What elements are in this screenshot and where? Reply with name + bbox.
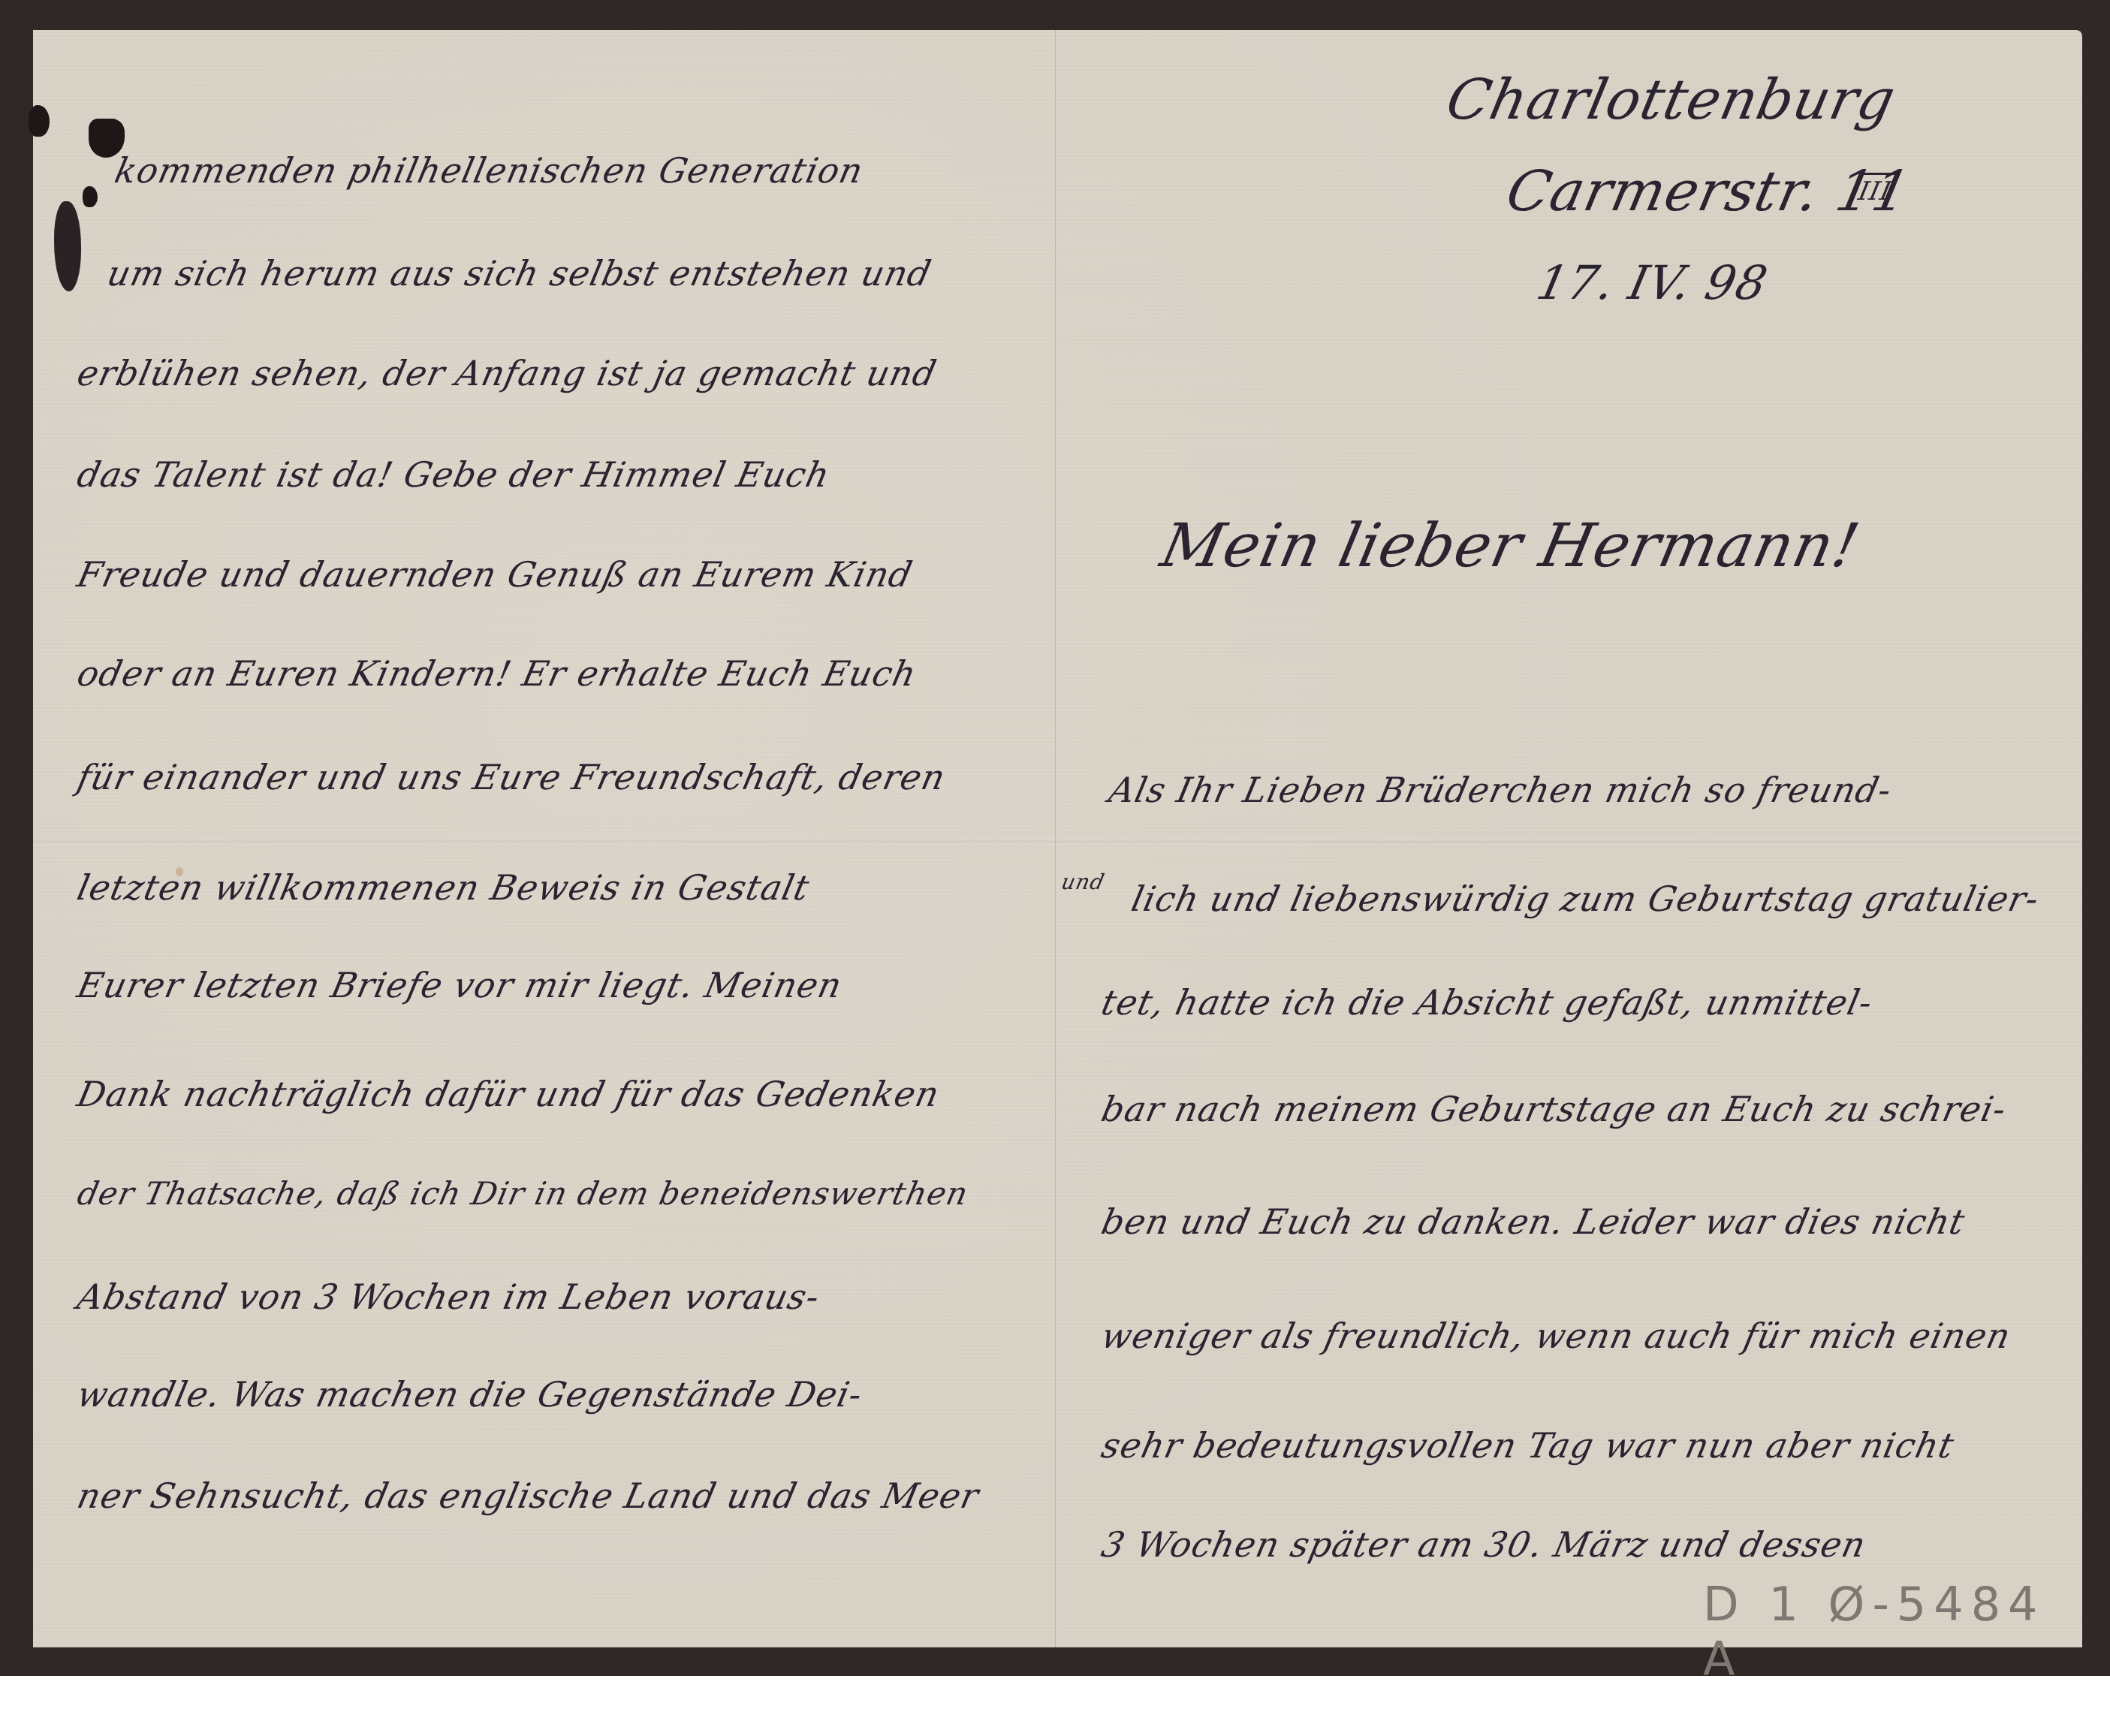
letter-line: für einander und uns Eure Freundschaft, … [74, 757, 949, 797]
letter-line: lich und liebenswürdig zum Geburtstag gr… [1128, 879, 2042, 919]
letter-line: bar nach meinem Geburtstage an Euch zu s… [1098, 1089, 2010, 1129]
letter-line: 3 Wochen später am 30. März und dessen [1098, 1524, 1870, 1565]
ink-blot-icon [29, 105, 50, 137]
letter-line: sehr bedeutungsvollen Tag war nun aber n… [1098, 1425, 1958, 1466]
letter-date: 17. IV. 98 [1532, 255, 1773, 310]
letter-sheet: kommenden philhellenischen Generation um… [33, 30, 2082, 1647]
ink-blot-icon [83, 186, 98, 207]
archive-signature-stamp: D 1 Ø-5484 A [1703, 1577, 2082, 1686]
letter-line: letzten willkommenen Beweis in Gestalt [74, 867, 813, 908]
letter-address: Carmerstr. 11 [1501, 159, 1916, 224]
letter-line: weniger als freundlich, wenn auch für mi… [1098, 1316, 2015, 1356]
letter-line: Dank nachträglich dafür und für das Gede… [74, 1074, 943, 1114]
letter-line: wandle. Was machen die Gegenstände Dei- [74, 1374, 866, 1415]
letter-line: Freude und dauernden Genuß an Eurem Kind [74, 554, 916, 595]
letter-line: um sich herum aus sich selbst entstehen … [104, 253, 935, 294]
letter-line: tet, hatte ich die Absicht gefaßt, unmit… [1098, 982, 1876, 1023]
letter-place: Charlottenburg [1441, 68, 1901, 132]
letter-line: oder an Euren Kindern! Er erhalte Euch E… [74, 653, 920, 694]
letter-line: ben und Euch zu danken. Leider war dies … [1098, 1201, 1969, 1242]
letter-line: Abstand von 3 Wochen im Leben voraus- [74, 1276, 823, 1317]
letter-line: Eurer letzten Briefe vor mir liegt. Mein… [74, 965, 846, 1005]
salutation: Mein lieber Hermann! [1155, 511, 1865, 580]
right-page: Charlottenburg Carmerstr. 11 III 17. IV.… [1057, 30, 2082, 1647]
letter-line: Als Ihr Lieben Brüderchen mich so freund… [1105, 770, 1895, 810]
ink-blot-icon [54, 201, 81, 291]
letter-line: erblühen sehen, der Anfang ist ja gemach… [74, 353, 940, 393]
letter-line: der Thatsache, daß ich Dir in dem beneid… [74, 1175, 972, 1212]
letter-line: das Talent ist da! Gebe der Himmel Euch [74, 454, 833, 495]
margin-note: und [1059, 870, 1107, 894]
left-page: kommenden philhellenischen Generation um… [33, 30, 1055, 1647]
letter-line: ner Sehnsucht, das englische Land und da… [74, 1475, 983, 1516]
letter-line: kommenden philhellenischen Generation [111, 150, 867, 191]
